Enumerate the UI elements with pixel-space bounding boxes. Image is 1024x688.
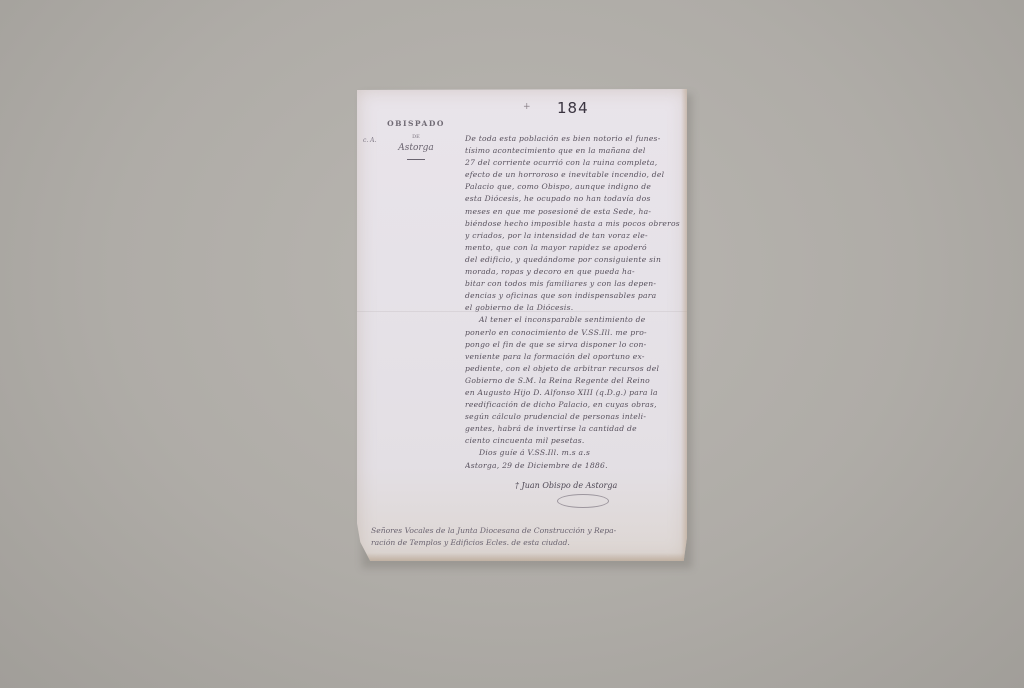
letterhead-rule bbox=[407, 159, 425, 160]
body-line: biéndose hecho imposible hasta a mis poc… bbox=[465, 218, 683, 230]
body-line: ciento cincuenta mil pesetas. bbox=[465, 435, 683, 447]
signature: † Juan Obispo de Astorga bbox=[515, 481, 617, 490]
closing-line: Dios guíe á V.SS.Ill. m.s a.s bbox=[465, 447, 683, 459]
letterhead: OBISPADO DE Astorga bbox=[375, 119, 457, 160]
letter-body: De toda esta población es bien notorio e… bbox=[465, 133, 683, 472]
body-line: 27 del corriente ocurrió con la ruina co… bbox=[465, 157, 683, 169]
margin-note: c. A. bbox=[363, 137, 376, 144]
letterhead-place: Astorga bbox=[375, 143, 457, 153]
body-line: pongo el fin de que se sirva disponer lo… bbox=[465, 339, 683, 351]
body-line: Gobierno de S.M. la Reina Regente del Re… bbox=[465, 375, 683, 387]
addressee-line: ración de Templos y Edificios Ecles. de … bbox=[371, 537, 671, 549]
body-line: tísimo acontecimiento que en la mañana d… bbox=[465, 145, 683, 157]
letterhead-title: OBISPADO bbox=[375, 119, 457, 128]
signature-flourish bbox=[557, 494, 609, 508]
body-line: bitar con todos mis familiares y con las… bbox=[465, 278, 683, 290]
addressee-line: Señores Vocales de la Junta Diocesana de… bbox=[371, 525, 671, 537]
body-line: según cálculo prudencial de personas int… bbox=[465, 411, 683, 423]
date-line: Astorga, 29 de Diciembre de 1886. bbox=[465, 460, 683, 472]
body-line: esta Diócesis, he ocupado no han todavía… bbox=[465, 193, 683, 205]
body-line: mento, que con la mayor rapidez se apode… bbox=[465, 242, 683, 254]
body-line: ponerlo en conocimiento de V.SS.Ill. me … bbox=[465, 327, 683, 339]
body-line: reedificación de dicho Palacio, en cuyas… bbox=[465, 399, 683, 411]
body-line: el gobierno de la Diócesis. bbox=[465, 302, 683, 314]
body-line: veniente para la formación del oportuno … bbox=[465, 351, 683, 363]
body-line: gentes, habrá de invertirse la cantidad … bbox=[465, 423, 683, 435]
body-line: De toda esta población es bien notorio e… bbox=[465, 133, 683, 145]
body-line: en Augusto Hijo D. Alfonso XIII (q.D.g.)… bbox=[465, 387, 683, 399]
manuscript-page: + 184 OBISPADO DE Astorga c. A. De toda … bbox=[357, 89, 687, 561]
folio-number: 184 bbox=[557, 99, 589, 117]
body-line: pediente, con el objeto de arbitrar recu… bbox=[465, 363, 683, 375]
body-line: Al tener el inconsparable sentimiento de bbox=[465, 314, 683, 326]
body-line: efecto de un horroroso e inevitable ince… bbox=[465, 169, 683, 181]
paper-edge-bottom bbox=[357, 553, 687, 561]
body-line: del edificio, y quedándome por consiguie… bbox=[465, 254, 683, 266]
body-line: morada, ropas y decoro en que pueda ha- bbox=[465, 266, 683, 278]
cross-mark: + bbox=[523, 102, 531, 112]
addressee: Señores Vocales de la Junta Diocesana de… bbox=[371, 525, 671, 549]
body-line: dencias y oficinas que son indispensable… bbox=[465, 290, 683, 302]
body-line: y criados, por la intensidad de tan vora… bbox=[465, 230, 683, 242]
body-line: meses en que me posesioné de esta Sede, … bbox=[465, 206, 683, 218]
letterhead-connector: DE bbox=[375, 134, 457, 140]
body-line: Palacio que, como Obispo, aunque indigno… bbox=[465, 181, 683, 193]
